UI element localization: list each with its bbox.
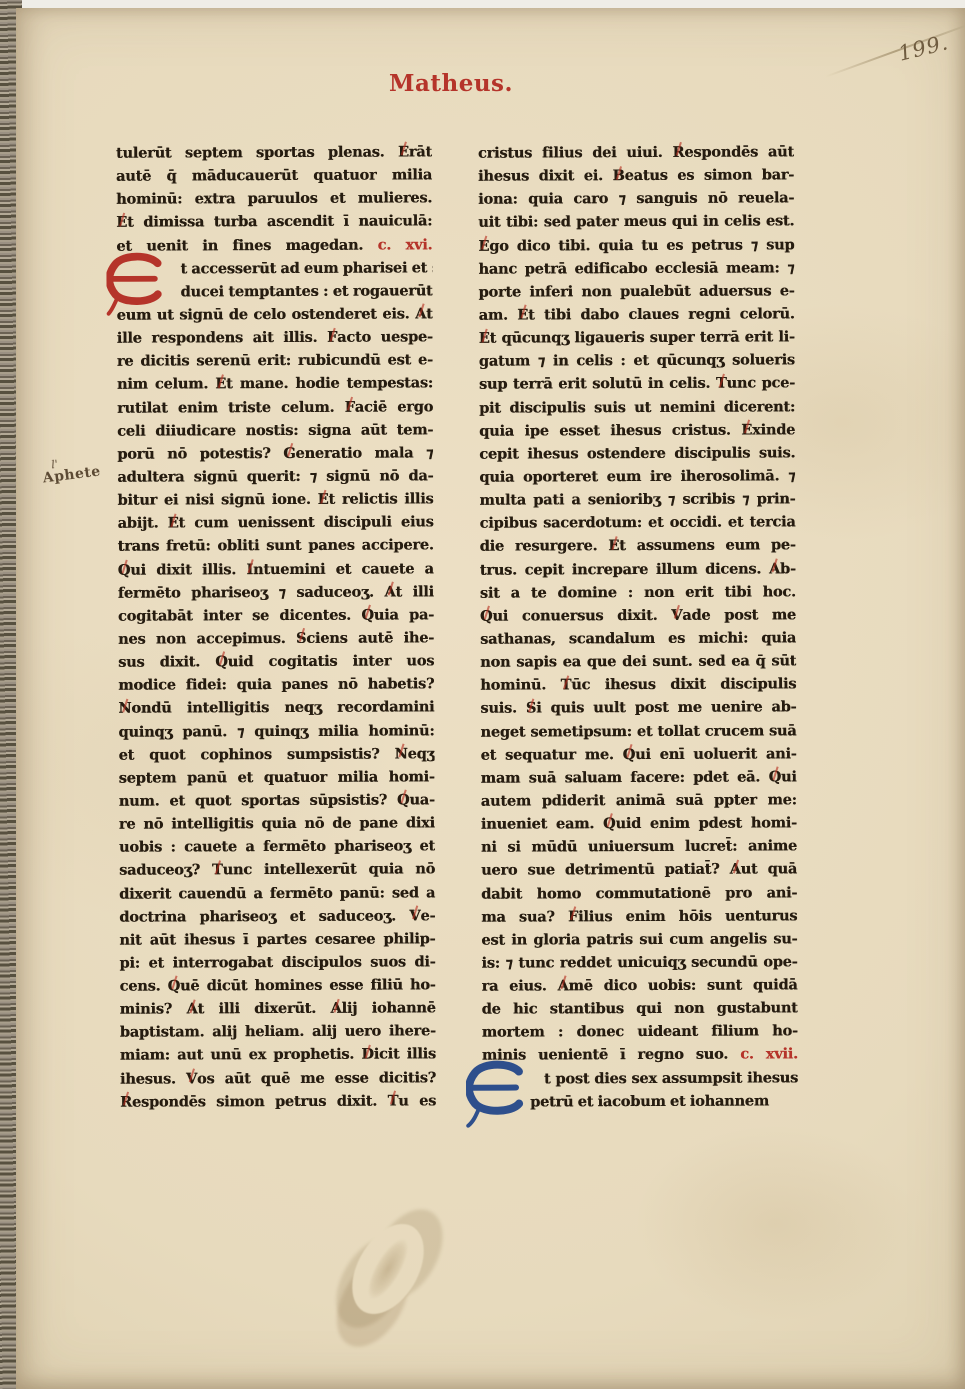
text-line: et sequatur me. Qui enī uoluerit ani- xyxy=(481,742,797,767)
text-line: non sapis ea que dei sunt. sed ea q̄ sūt xyxy=(480,649,796,674)
text-line: autē q̄ māducauerūt quatuor milia xyxy=(116,163,432,188)
text-line: Et qūcunqʒ ligaueris super terrā erit li… xyxy=(479,325,795,350)
text-line: rutilat enim triste celum. Faciē ergo xyxy=(117,395,433,420)
text-line: nim celum. Et mane. hodie tempestas: xyxy=(117,372,433,397)
text-line: gatum ⁊ in celis : et qūcunqʒ solueris xyxy=(479,349,795,374)
text-line: Ego dico tibi. quia tu es petrus ⁊ sup xyxy=(478,233,794,258)
text-line: re nō intelligitis quia nō de pane dixi xyxy=(119,811,435,836)
running-title: Matheus. xyxy=(371,70,531,97)
rubricated-capital: F xyxy=(327,326,337,349)
rubricated-capital: V xyxy=(186,1067,197,1090)
text-line: sus dixit. Quid cogitatis inter uos xyxy=(118,649,434,674)
text-line: fermēto phariseoʒ ⁊ saduceoʒ. At illi xyxy=(118,580,434,605)
text-line: inueniet eam. Quid enim pdest homi- xyxy=(481,811,797,836)
text-line: miam: aut unū ex prophetis. Dicit illis xyxy=(120,1043,436,1068)
text-line: tulerūt septem sportas plenas. Erāt xyxy=(116,140,432,165)
text-line: re dicitis serenū erit: rubicundū est e- xyxy=(117,349,433,374)
text-line: autem pdiderit animā suā ppter me: xyxy=(481,788,797,813)
text-line: et quot cophinos sumpsistis? Neqʒ xyxy=(119,742,435,767)
text-line: die resurgere. Et assumens eum pe- xyxy=(480,534,796,559)
rubricated-capital: R xyxy=(120,1090,132,1113)
text-line: uobis : cauete a fermēto phariseoʒ et xyxy=(119,835,435,860)
text-line: est in gloria patris sui cum angelis su- xyxy=(481,927,797,952)
rubricated-capital: A xyxy=(384,580,395,603)
text-line: pit discipulis suis ut nemini dicerent: xyxy=(479,395,795,420)
text-line: saduceoʒ? Tunc intellexerūt quia nō xyxy=(119,858,435,883)
rubricated-capital: E xyxy=(398,140,409,163)
rubricated-capital: A xyxy=(769,557,780,580)
chapter-initial-blue xyxy=(466,1059,526,1127)
text-line: Qui conuersus dixit. Vade post me xyxy=(480,603,796,628)
rubricated-capital: Q xyxy=(623,743,636,766)
text-line: is: ⁊ tunc reddet unicuiqʒ secundū ope- xyxy=(481,950,797,975)
rubricated-capital: A xyxy=(730,858,741,881)
rubricated-capital: Q xyxy=(397,788,410,811)
rubricated-capital: N xyxy=(394,742,407,765)
rubricated-capital: Q xyxy=(603,812,616,835)
text-line: am. Et tibi dabo claues regni celorū. xyxy=(479,302,795,327)
text-line: nit aūt ihesus ī partes cesaree philip- xyxy=(119,927,435,952)
rubricated-capital: E xyxy=(517,303,528,326)
text-line: dixerit cauendū a fermēto panū: sed a xyxy=(119,881,435,906)
text-line: septem panū et quatuor milia homi- xyxy=(119,765,435,790)
rubricated-capital: V xyxy=(409,904,420,927)
text-line: porte inferi non pualebūt aduersus e- xyxy=(478,279,794,304)
rubricated-capital: F xyxy=(568,905,578,928)
text-line: hominū: extra paruulos et mulieres. xyxy=(116,187,432,212)
text-line: baptistam. alij heliam. alij uero ihere- xyxy=(120,1020,436,1045)
margin-annotation-word: Aphete xyxy=(42,465,101,485)
text-line: ihesus. Vos aūt quē me esse dicitis? xyxy=(120,1066,436,1091)
text-line: ihesus dixit ei. Beatus es simon bar- xyxy=(478,163,794,188)
lombardic-e-icon xyxy=(466,1059,526,1127)
text-line: multa pati a senioribʒ ⁊ scribis ⁊ prin- xyxy=(479,487,795,512)
rubricated-capital: E xyxy=(478,234,489,257)
rubricated-capital: T xyxy=(561,674,572,697)
text-line: uit tibi: sed pater meus qui in celis es… xyxy=(478,210,794,235)
rubricated-capital: E xyxy=(215,373,226,396)
text-line: Qui dixit illis. Intuemini et cauete a xyxy=(118,557,434,582)
text-line: modice fidei: quia panes nō habetis? xyxy=(118,673,434,698)
text-line: mortem : donec uideant filium ho- xyxy=(482,1020,798,1045)
rubricated-capital: T xyxy=(716,372,727,395)
text-line: sup terrā erit solutū in celis. Tunc pce… xyxy=(479,372,795,397)
rubricated-capital: Q xyxy=(361,603,374,626)
rubricated-capital: Q xyxy=(168,974,181,997)
text-line: cepit ihesus ostendere discipulis suis. xyxy=(479,441,795,466)
text-column-right: cristus filius dei uiui. Respondēs aūtih… xyxy=(478,140,798,1113)
chapter-mark: c. xvii. xyxy=(728,1046,798,1063)
text-line: cristus filius dei uiui. Respondēs aūt xyxy=(478,140,794,165)
text-line: cogitabāt inter se dicentes. Quia pa- xyxy=(118,603,434,628)
rubricated-capital: E xyxy=(168,512,179,535)
text-line: Et dimissa turba ascendit ī nauiculā: xyxy=(116,210,432,235)
page-number: 199. xyxy=(896,30,951,66)
rubricated-capital: Q xyxy=(480,604,493,627)
text-line: hanc petrā edificabo ecclesiā meam: ⁊ xyxy=(478,256,794,281)
rubricated-capital: T xyxy=(388,1089,399,1112)
rubricated-capital: A xyxy=(186,998,197,1021)
text-line: sit a te domine : non erit tibi hoc. xyxy=(480,580,796,605)
text-line: num. et quot sportas sūpsistis? Qua- xyxy=(119,788,435,813)
text-column-left: tulerūt septem sportas plenas. Erātautē … xyxy=(116,140,436,1113)
rubricated-capital: I xyxy=(246,558,253,581)
rubricated-capital: V xyxy=(671,604,682,627)
text-line: bitur ei nisi signū ione. Et relictis il… xyxy=(117,487,433,512)
rubricated-capital: A xyxy=(415,302,426,325)
text-line: ille respondens ait illis. Facto uespe- xyxy=(117,325,433,350)
text-line: minis? At illi dixerūt. Alij iohannē xyxy=(120,997,436,1022)
text-line: celi diiudicare nostis: signa aūt tem- xyxy=(117,418,433,443)
rubricated-capital: N xyxy=(118,697,131,720)
text-line: petrū et iacobum et iohannem xyxy=(482,1089,798,1114)
text-line: sathanas, scandalum es michi: quia xyxy=(480,626,796,651)
text-line: suis. Si quis uult post me uenire ab- xyxy=(480,696,796,721)
text-line: quia oporteret eum ire iherosolimā. ⁊ xyxy=(479,464,795,489)
text-line: cens. Quē dicūt homines esse filiū ho- xyxy=(120,973,436,998)
rubricated-capital: E xyxy=(608,534,619,557)
text-line: neget semetipsum: et tollat crucem suā xyxy=(480,719,796,744)
text-line: minis uenientē ī regno suo. c. xvii. xyxy=(482,1043,798,1068)
rubricated-capital: Q xyxy=(118,558,131,581)
text-line: quinqʒ panū. ⁊ quinqʒ milia hominū: xyxy=(118,719,434,744)
rubricated-capital: A xyxy=(557,974,568,997)
rubricated-capital: R xyxy=(672,141,684,164)
text-line: Nondū intelligitis neqʒ recordamini xyxy=(118,696,434,721)
rubricated-capital: Q xyxy=(215,650,228,673)
rubricated-capital: E xyxy=(116,211,127,234)
rubricated-capital: G xyxy=(283,442,295,465)
rubricated-capital: E xyxy=(479,327,490,350)
rubricated-capital: S xyxy=(296,627,306,650)
text-line: nes non accepimus. Sciens autē ihe- xyxy=(118,626,434,651)
text-line: ra eius. Amē dico uobis: sunt quidā xyxy=(482,973,798,998)
text-line: de hic stantibus qui non gustabunt xyxy=(482,997,798,1022)
rubricated-capital: F xyxy=(345,395,355,418)
text-line: cipibus sacerdotum: et occidi. et tercia xyxy=(479,511,795,536)
text-line: doctrina phariseoʒ et saduceoʒ. Ve- xyxy=(119,904,435,929)
text-line: porū nō potestis? Generatio mala ⁊ xyxy=(117,441,433,466)
text-line: abijt. Et cum uenissent discipuli eius xyxy=(117,511,433,536)
manuscript-page: 199. Matheus. l' Aphete tulerūt septem s… xyxy=(16,8,965,1389)
text-line: ni si mūdū uniuersum lucret̄: anime xyxy=(481,835,797,860)
text-line: pi: et interrogabat discipulos suos di- xyxy=(119,950,435,975)
text-line: trans fretū: obliti sunt panes accipere. xyxy=(118,534,434,559)
text-line: hominū. Tūc ihesus dixit discipulis xyxy=(480,673,796,698)
rubricated-capital: A xyxy=(330,997,341,1020)
text-line: adultera signū querit: ⁊ signū nō da- xyxy=(117,464,433,489)
chapter-mark: c. xvi. xyxy=(363,236,432,253)
text-line: trus. cepit increpare illum dicens. Ab- xyxy=(480,557,796,582)
rubricated-capital: B xyxy=(612,164,624,187)
rubricated-capital: Q xyxy=(769,765,782,788)
text-line: Respondēs simon petrus dixit. Tu es xyxy=(120,1089,436,1114)
rubricated-capital: S xyxy=(526,697,536,720)
text-line: mam suā saluam facere: pdet eā. Qui xyxy=(481,765,797,790)
rubricated-capital: D xyxy=(361,1043,373,1066)
text-line: t post dies sex assumpsit ihesus xyxy=(482,1066,798,1091)
rubricated-capital: E xyxy=(318,488,329,511)
text-line: uero sue detrimentū patiat̄? Aut quā xyxy=(481,858,797,883)
parchment-blemish xyxy=(338,1212,439,1327)
text-line: iona: quia caro ⁊ sanguis nō reuela- xyxy=(478,187,794,212)
text-line: ma sua? Filius enim hōis uenturus xyxy=(481,904,797,929)
chapter-initial-red xyxy=(106,251,164,317)
text-line: dabit homo commutationē pro ani- xyxy=(481,881,797,906)
text-line: quia ipe esset ihesus cristus. Exinde xyxy=(479,418,795,443)
margin-annotation: l' Aphete xyxy=(41,453,102,486)
lombardic-e-icon xyxy=(106,251,164,317)
rubricated-capital: E xyxy=(741,418,752,441)
rubricated-capital: T xyxy=(212,859,223,882)
